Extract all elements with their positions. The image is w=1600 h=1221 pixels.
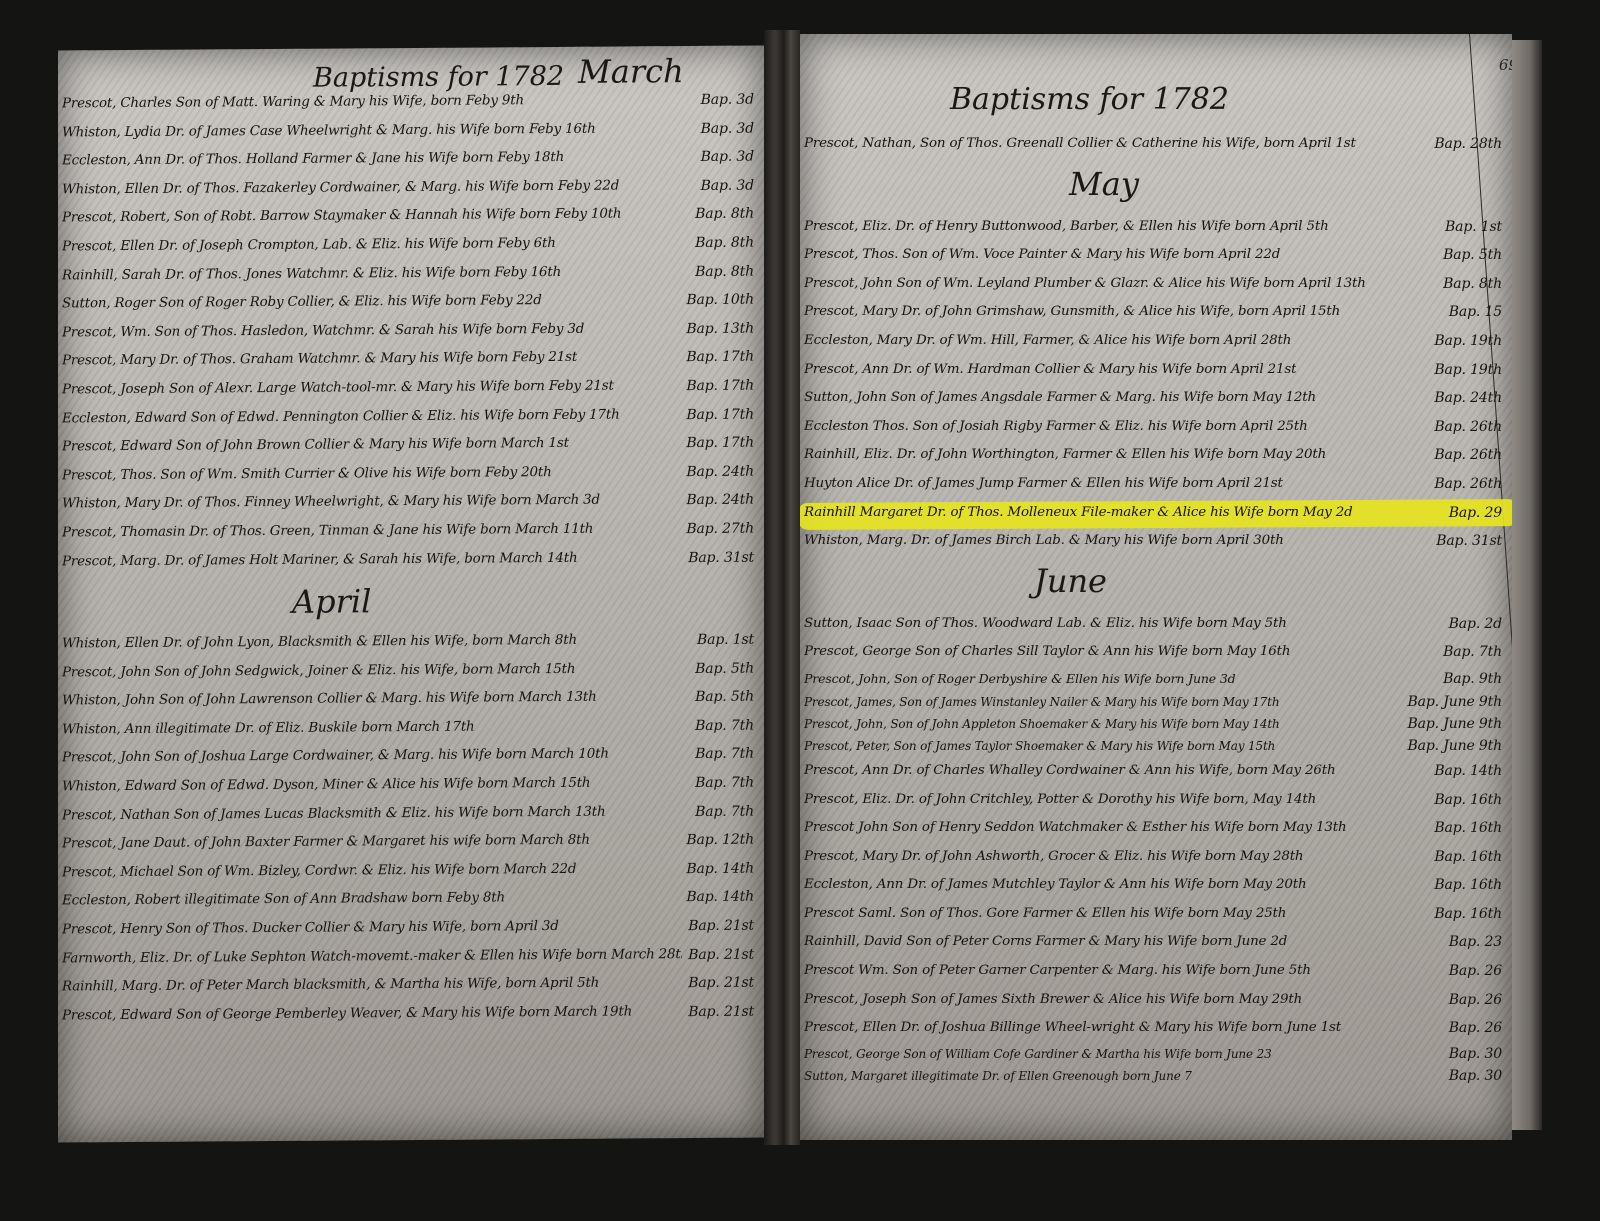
register-entry: Prescot, Nathan, Son of Thos. Greenall C… [804, 130, 1508, 159]
register-entry: Prescot, Peter, Son of James Taylor Shoe… [804, 735, 1508, 757]
register-entry: Prescot, Mary Dr. of John Grimshaw, Guns… [804, 298, 1508, 327]
register-entry: Prescot, Eliz. Dr. of John Critchley, Po… [804, 786, 1508, 815]
book-spine [764, 30, 800, 1145]
register-entry: Sutton, Margaret illegitimate Dr. of Ell… [804, 1065, 1508, 1087]
right-entries: Prescot, Nathan, Son of Thos. Greenall C… [804, 130, 1508, 1087]
register-entry: Prescot John Son of Henry Seddon Watchma… [804, 814, 1508, 843]
left-page: Baptisms for 1782 March Prescot, Charles… [58, 46, 764, 1143]
right-page-heading: Baptisms for 1782 [950, 82, 1229, 117]
register-entry: Sutton, John Son of James Angsdale Farme… [804, 384, 1508, 413]
register-entry: Prescot Saml. Son of Thos. Gore Farmer &… [804, 900, 1508, 929]
register-entry: Prescot, John, Son of John Appleton Shoe… [804, 713, 1508, 735]
register-entry: Whiston, Marg. Dr. of James Birch Lab. &… [804, 527, 1508, 556]
register-entry: Prescot, Thos. Son of Wm. Voce Painter &… [804, 241, 1508, 270]
register-entry: Sutton, Isaac Son of Thos. Woodward Lab.… [804, 610, 1508, 639]
month-heading-row: April [62, 572, 760, 631]
register-entry: Prescot, Edward Son of George Pemberley … [62, 997, 760, 1030]
right-page: 69 Baptisms for 1782 Prescot, Nathan, So… [800, 34, 1512, 1140]
register-entry: Prescot, George Son of William Cofe Gard… [804, 1043, 1508, 1065]
register-entry: Prescot, Eliz. Dr. of Henry Buttonwood, … [804, 213, 1508, 242]
register-entry: Eccleston, Mary Dr. of Wm. Hill, Farmer,… [804, 327, 1508, 356]
month-heading-june: June [1034, 562, 1107, 600]
left-entries-march: Prescot, Charles Son of Matt. Waring & M… [62, 86, 760, 1031]
register-entry: Prescot, James, Son of James Winstanley … [804, 691, 1508, 713]
register-entry: Prescot, George Son of Charles Sill Tayl… [804, 638, 1508, 667]
month-heading-april: April [292, 582, 371, 621]
register-entry: Eccleston, Ann Dr. of James Mutchley Tay… [804, 871, 1508, 900]
register-entry: Prescot, Ann Dr. of Wm. Hardman Collier … [804, 356, 1508, 385]
month-heading-row: June [804, 556, 1508, 610]
register-entry: Rainhill, David Son of Peter Corns Farme… [804, 928, 1508, 957]
register-entry: Prescot, John, Son of Roger Derbyshire &… [804, 667, 1508, 691]
register-entry: Prescot, Mary Dr. of John Ashworth, Groc… [804, 843, 1508, 872]
left-page-month-heading: March [578, 52, 684, 91]
highlighted-register-entry: Rainhill Margaret Dr. of Thos. Molleneux… [804, 499, 1508, 528]
page-number: 69 [1499, 56, 1512, 74]
register-entry: Prescot, Ann Dr. of Charles Whalley Cord… [804, 757, 1508, 786]
register-entry: Prescot, Joseph Son of James Sixth Brewe… [804, 986, 1508, 1015]
month-heading-may: May [1069, 165, 1139, 203]
month-heading-row: May [804, 159, 1508, 213]
register-entry: Prescot, Ellen Dr. of Joshua Billinge Wh… [804, 1014, 1508, 1043]
register-entry: Prescot, John Son of Wm. Leyland Plumber… [804, 270, 1508, 299]
register-entry: Eccleston Thos. Son of Josiah Rigby Farm… [804, 413, 1508, 442]
register-entry: Huyton Alice Dr. of James Jump Farmer & … [804, 470, 1508, 499]
page-edge [1512, 40, 1542, 1130]
register-entry: Rainhill, Eliz. Dr. of John Worthington,… [804, 441, 1508, 470]
register-entry: Prescot Wm. Son of Peter Garner Carpente… [804, 957, 1508, 986]
